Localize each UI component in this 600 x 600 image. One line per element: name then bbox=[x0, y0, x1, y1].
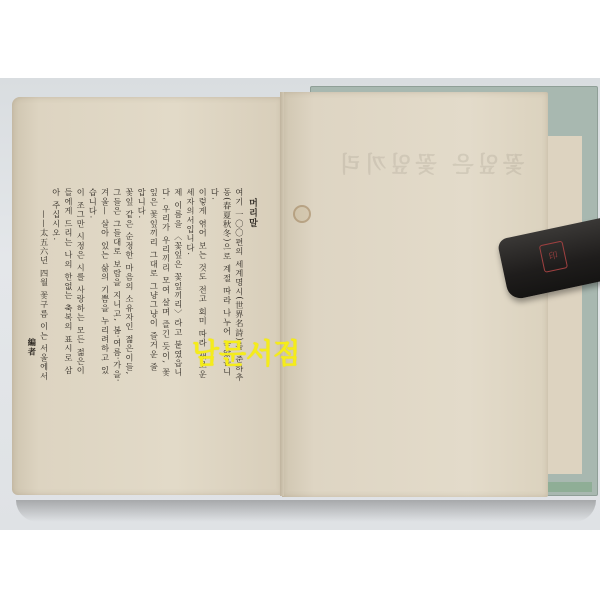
store-watermark: 남문서점 bbox=[192, 332, 300, 372]
seal-icon: 印 bbox=[539, 241, 568, 273]
book-gutter bbox=[280, 92, 284, 496]
preface-paragraph: 꽃잎 같은 순정한 마음의 소유자인 젊은이들, 그들은 그들대로 보람을 지니… bbox=[87, 188, 136, 383]
book-shadow bbox=[16, 500, 596, 522]
preface-paragraph: 이 조그만 시정은 시를 사랑하는 모든 젊은이들에게 드리는 나의 한없는 축… bbox=[51, 188, 88, 383]
preface-signature: ——太五六년 四월 꽃구름 이는 서울에서 bbox=[38, 188, 50, 383]
preface-heading: 머리말 bbox=[247, 188, 257, 228]
endpaper bbox=[545, 136, 582, 474]
preface-editor: 編者 bbox=[26, 188, 38, 383]
paper-stain bbox=[293, 205, 311, 223]
preface-paragraph: 제 이름을 〈꽃잎은 꽃잎끼리〉라고 붙였읍니다. 우리가 우리끼리 모여 살며… bbox=[136, 188, 185, 383]
bleed-through-title: 꽃잎은 꽃잎끼리 bbox=[320, 148, 540, 179]
